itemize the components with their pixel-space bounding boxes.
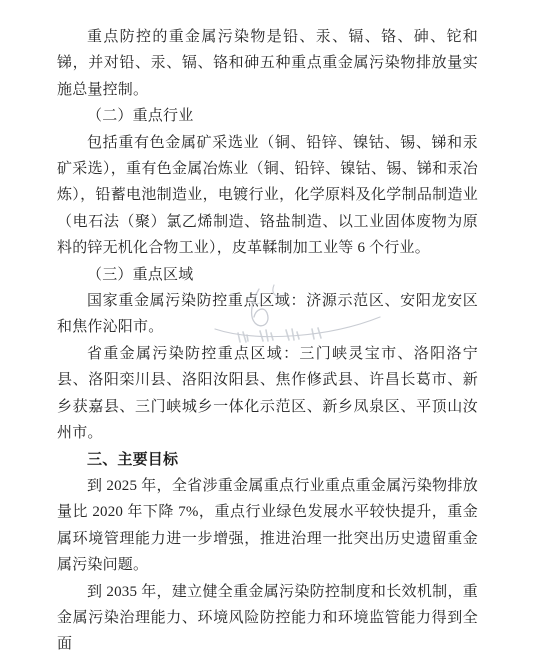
section-heading-key-regions: （三）重点区域 bbox=[57, 262, 478, 288]
document-text-block: 重点防控的重金属污染物是铅、汞、镉、铬、砷、铊和锑，并对铅、汞、镉、铬和砷五种重… bbox=[57, 24, 478, 658]
paragraph-2025-target: 到 2025 年，全省涉重金属重点行业重点重金属污染物排放量比 2020 年下降… bbox=[57, 473, 478, 579]
section-heading-key-industries: （二）重点行业 bbox=[57, 103, 478, 129]
paragraph-key-pollutants: 重点防控的重金属污染物是铅、汞、镉、铬、砷、铊和锑，并对铅、汞、镉、铬和砷五种重… bbox=[57, 24, 478, 103]
paragraph-industry-list: 包括重有色金属矿采选业（铜、铅锌、镍钴、锡、锑和汞矿采选），重有色金属冶炼业（铜… bbox=[57, 130, 478, 262]
section-heading-main-goals: 三、主要目标 bbox=[57, 447, 478, 473]
paragraph-2035-target: 到 2035 年，建立健全重金属污染防控制度和长效机制，重金属污染治理能力、环境… bbox=[57, 579, 478, 658]
document-page: 重点防控的重金属污染物是铅、汞、镉、铬、砷、铊和锑，并对铅、汞、镉、铬和砷五种重… bbox=[0, 0, 537, 659]
paragraph-national-key-regions: 国家重金属污染防控重点区域：济源示范区、安阳龙安区和焦作沁阳市。 bbox=[57, 288, 478, 341]
paragraph-provincial-key-regions: 省重金属污染防控重点区域：三门峡灵宝市、洛阳洛宁县、洛阳栾川县、洛阳汝阳县、焦作… bbox=[57, 341, 478, 447]
